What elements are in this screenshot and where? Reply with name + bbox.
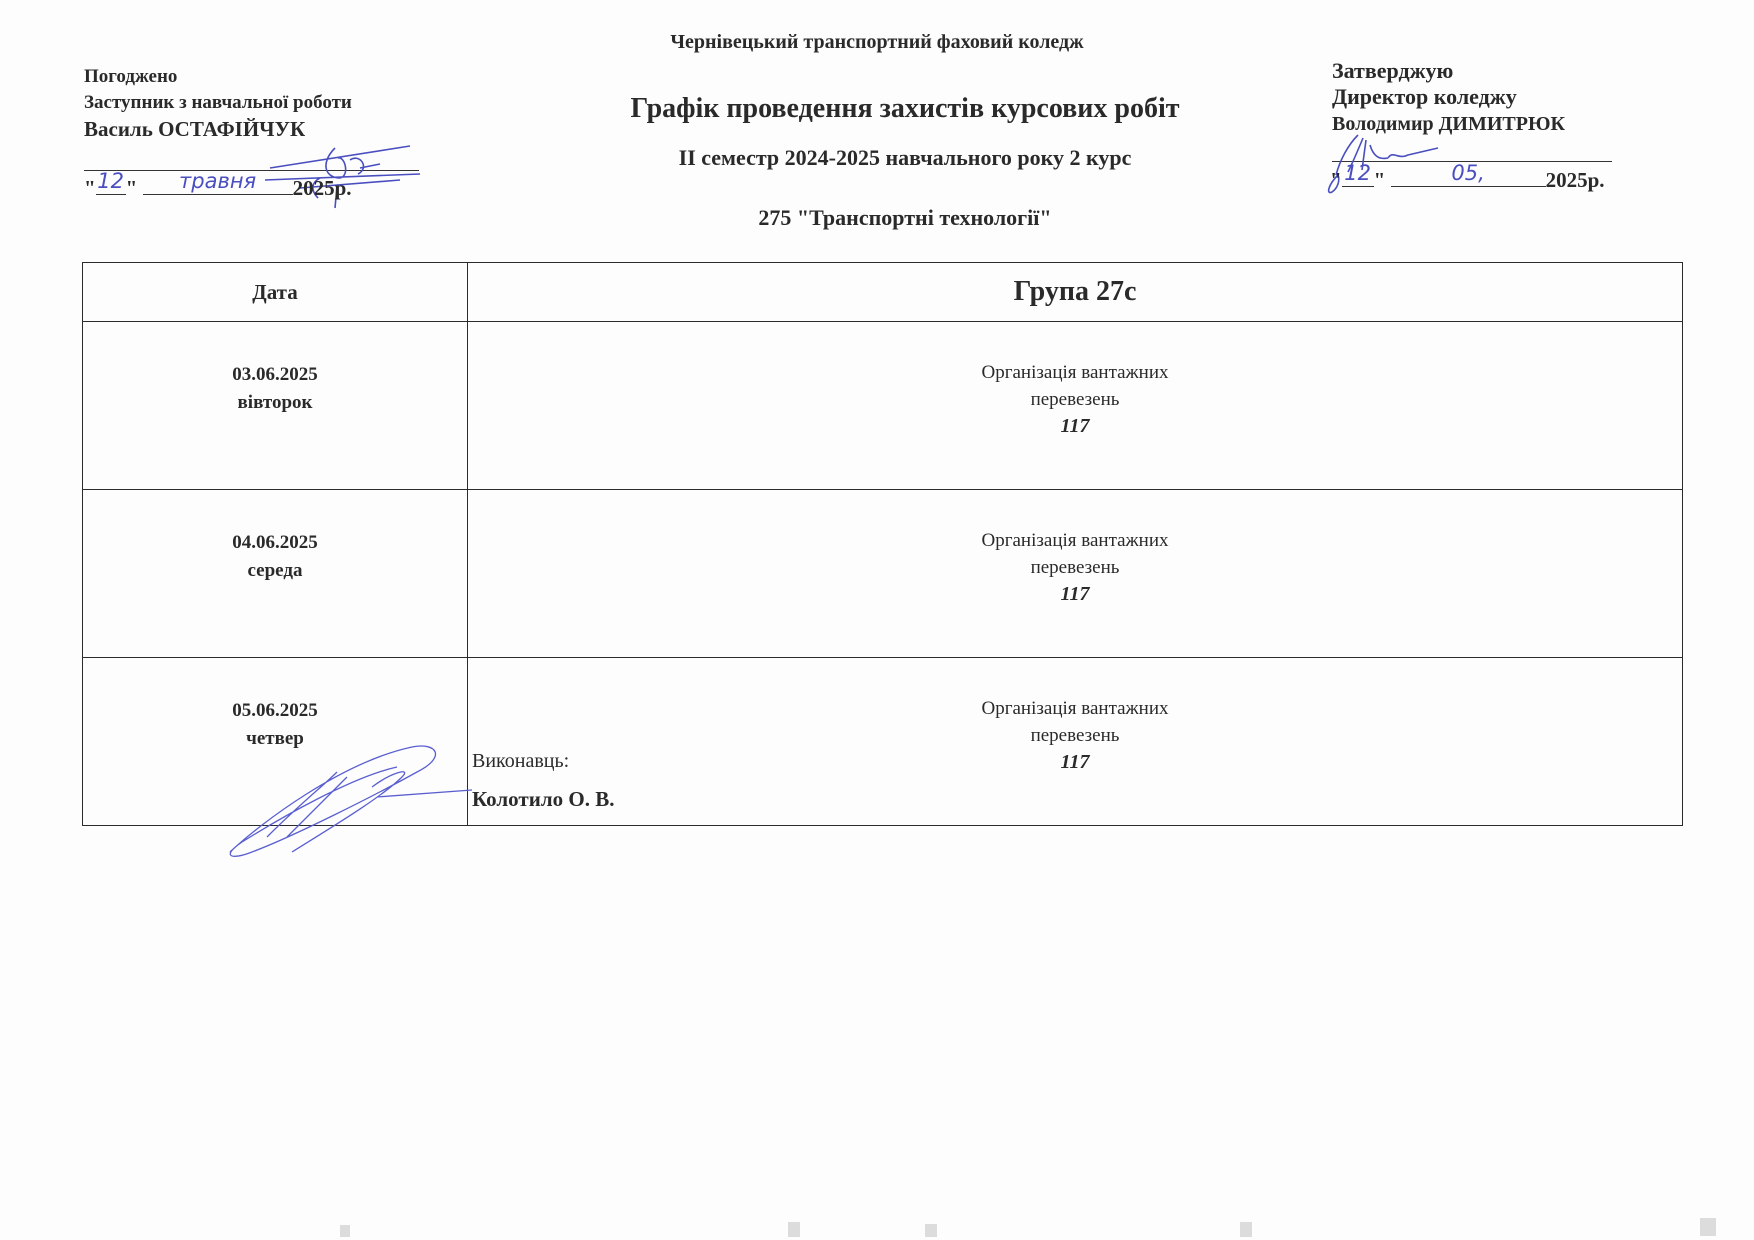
agreed-status: Погоджено [84, 64, 352, 90]
header-group: Група 27с [468, 263, 1683, 322]
scan-artifact [340, 1225, 350, 1237]
approval-agreed-block: Погоджено Заступник з навчальної роботи … [84, 64, 352, 143]
approved-month: 05, [1451, 161, 1484, 185]
table-row: 04.06.2025 середа Організація вантажних … [83, 490, 1683, 658]
executor-signature-icon [222, 742, 472, 867]
college-name: Чернівецький транспортний фаховий коледж [0, 31, 1754, 54]
approved-year: 2025р. [1546, 168, 1605, 192]
approved-status: Затверджую [1332, 58, 1565, 84]
scan-artifact [1700, 1218, 1716, 1236]
approved-month-field: 05, [1391, 168, 1546, 187]
subject-line1: Організація вантажних [468, 527, 1682, 554]
subject-line1: Організація вантажних [468, 359, 1682, 386]
quote-open: " [1330, 168, 1342, 192]
table-header-row: Дата Група 27с [83, 263, 1683, 322]
executor-label: Виконавць: [472, 750, 569, 773]
agreed-month-field: травня [143, 176, 293, 195]
executor-name: Колотило О. В. [472, 787, 614, 812]
scan-artifact [1240, 1222, 1252, 1237]
approval-approved-block: Затверджую Директор коледжу Володимир ДИ… [1332, 58, 1565, 138]
subject-cell: Організація вантажних перевезень 117 [468, 490, 1683, 658]
subject-line2: перевезень [468, 722, 1682, 749]
table-row: 03.06.2025 вівторок Організація вантажни… [83, 322, 1683, 490]
scan-artifact [788, 1222, 800, 1237]
approved-position: Директор коледжу [1332, 84, 1565, 110]
subject-cell: Організація вантажних перевезень 117 [468, 658, 1683, 826]
weekday: вівторок [83, 389, 467, 417]
date: 05.06.2025 [83, 697, 467, 725]
subject-line1: Організація вантажних [468, 695, 1682, 722]
date: 04.06.2025 [83, 529, 467, 557]
agreed-date: "12" травня2025р. [84, 176, 352, 201]
approved-day: 12 [1344, 161, 1371, 185]
subject-line2: перевезень [468, 386, 1682, 413]
date-cell: 03.06.2025 вівторок [83, 322, 468, 490]
date-cell: 04.06.2025 середа [83, 490, 468, 658]
subject-cell: Організація вантажних перевезень 117 [468, 322, 1683, 490]
room-number: 117 [468, 749, 1682, 776]
approved-day-field: 12 [1342, 168, 1374, 187]
agreed-month: травня [179, 169, 256, 193]
subject-line2: перевезень [468, 554, 1682, 581]
agreed-day-field: 12 [96, 176, 126, 195]
weekday: середа [83, 557, 467, 585]
quote-close: " [126, 176, 138, 200]
agreed-year: 2025р. [293, 176, 352, 200]
room-number: 117 [468, 413, 1682, 440]
room-number: 117 [468, 581, 1682, 608]
quote-open: " [84, 176, 96, 200]
agreed-position: Заступник з навчальної роботи [84, 90, 352, 116]
approved-date: "12" 05,2025р. [1330, 168, 1605, 193]
date: 03.06.2025 [83, 361, 467, 389]
header-date: Дата [83, 263, 468, 322]
quote-close: " [1374, 168, 1386, 192]
agreed-day: 12 [97, 169, 124, 193]
scan-artifact [925, 1224, 937, 1237]
